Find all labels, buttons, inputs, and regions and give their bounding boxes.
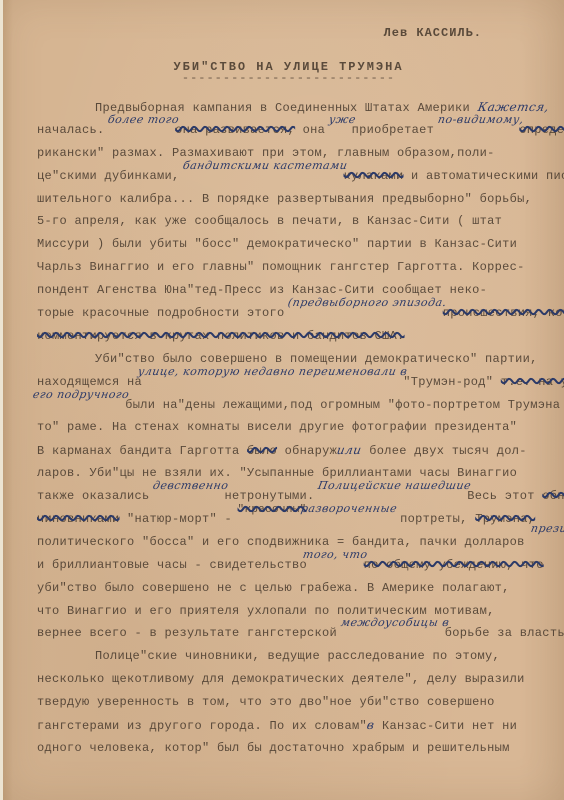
struck-typed-text: комментируется в кругах политиков и банд… — [37, 329, 405, 343]
handwritten-note-above: бандитскими кастетами — [182, 159, 349, 172]
handwritten-note-above: развороченные — [299, 502, 397, 515]
typed-text: находящемся на — [37, 375, 142, 389]
typed-line: что Винаггио и его приятеля ухлопали по … — [37, 604, 540, 627]
typed-text: "натюр-морт" - — [120, 512, 240, 526]
typed-line: торые красочные подробности этого (предв… — [37, 306, 540, 329]
handwritten-note-above: более того — [107, 113, 180, 126]
typed-text: Весь этот — [467, 489, 542, 503]
typed-text: политического "босса" и его сподвижника … — [37, 535, 525, 549]
typed-text: уби"ство было совершено не с целью грабе… — [37, 581, 510, 595]
struck-typed-text: определенно — [519, 123, 564, 137]
typed-text: несколько щекотливому для демократически… — [37, 672, 525, 686]
handwritten-note-below: президента, — [530, 522, 564, 535]
typed-text: "Трумэн-род" — [403, 375, 501, 389]
typed-line: чиновниками "натюр-морт" - "красочны"раз… — [37, 512, 540, 535]
struck-typed-text: было — [247, 444, 277, 458]
typed-line: гангстерами из другого города. По их сло… — [37, 718, 540, 741]
title-underline: -------------------------- — [37, 74, 540, 84]
typed-text: гангстерами из другого города. По их сло… — [37, 719, 367, 733]
typed-line: твердую уверенность в том, что это дво"н… — [37, 695, 540, 718]
handwritten-note-above: девственно — [152, 479, 230, 492]
typed-text: рикански" размах. Размахивают при этом, … — [37, 146, 495, 160]
typed-text: более двух тысяч дол- — [362, 444, 527, 458]
title-block: УБИ"СТВО НА УЛИЦЕ ТРУМЭНА --------------… — [37, 60, 540, 84]
typed-line: политического "босса" и его сподвижника … — [37, 535, 540, 558]
typed-line: и бриллиантовые часы - свидетельствотого… — [37, 558, 540, 581]
struck-typed-text: т.е. на улице Трумэна, — [501, 375, 564, 389]
typed-text: В карманах бандита Гарготта — [37, 444, 247, 458]
struck-typed-text: обнаруженный полице"скими — [542, 489, 564, 503]
typed-text: то" раме. На стенах комнаты висели други… — [37, 420, 517, 434]
typed-text: и автоматическими пистолетами,вну- — [404, 169, 564, 183]
typed-text: торые красочные подробности этого — [37, 306, 292, 320]
typed-line: одного человека, котор" был бы достаточн… — [37, 741, 540, 764]
struck-typed-text: Трумэна, — [475, 512, 535, 526]
handwritten-note-above: улице, которую недавно переименовали в — [137, 365, 409, 378]
author-name: Лев КАССИЛЬ. — [37, 26, 540, 46]
typed-line: 5-го апреля, как уже сообщалось в печати… — [37, 214, 540, 237]
typed-text: Уби"ство было совершено в помещении демо… — [95, 352, 538, 366]
struck-typed-text-above: "красочны" — [238, 504, 307, 516]
handwritten-note: Кажется, — [476, 100, 550, 114]
struck-typed-text: она развивается, — [175, 123, 295, 137]
typed-text: це"скими дубинками, — [37, 169, 187, 183]
typed-line: вернее всего - в результате гангстерской… — [37, 626, 540, 649]
typed-line: Полице"ские чиновники, ведущие расследов… — [37, 649, 540, 672]
typed-text: вернее всего - в результате гангстерской — [37, 626, 345, 640]
typed-text: Миссури ) были убиты "босс" демократичес… — [37, 237, 517, 251]
typed-line: началась. более тогоона развивается, она… — [37, 123, 540, 146]
typed-text: портреты, — [393, 512, 476, 526]
typed-line: Миссури ) были убиты "босс" демократичес… — [37, 237, 540, 260]
typed-line: уби"ство было совершено не с целью грабе… — [37, 581, 540, 604]
typed-text: одного человека, котор" был бы достаточн… — [37, 741, 510, 755]
handwritten-note-above: его подручного — [32, 388, 130, 401]
struck-typed-text: по общему убеждению, что — [364, 558, 544, 572]
typed-text: приобретает — [352, 123, 442, 137]
typed-text: обнаруж — [277, 444, 337, 458]
handwritten-note-above: уже — [328, 113, 357, 126]
typed-line: Чарльз Винаггио и его главны" помощник г… — [37, 260, 540, 283]
typed-line: его подручногобыли на"дены лежащими,под … — [37, 398, 540, 421]
typed-line: шительного калибра... В порядке разверты… — [37, 192, 540, 215]
handwritten-note: или — [336, 443, 363, 457]
page-body: Предвыборная кампания в Соединенных Штат… — [37, 100, 540, 764]
typed-text: началась. — [37, 123, 112, 137]
typed-line: несколько щекотливому для демократически… — [37, 672, 540, 695]
typed-text: Канзас-Сити нет ни — [375, 719, 518, 733]
handwritten-note-above: того, что — [302, 548, 369, 561]
handwritten-note-above: Полицейские нашедшие — [317, 479, 472, 492]
typed-text: также оказались — [37, 489, 157, 503]
typed-line: В карманах бандита Гарготта было обнаруж… — [37, 443, 540, 466]
handwritten-note-above: (предвыборного эпизода. — [287, 296, 448, 309]
struck-typed-text: чиновниками — [37, 512, 120, 526]
typed-line: це"скими дубинками, бандитскими кастетам… — [37, 169, 540, 192]
typed-line: комментируется в кругах политиков и банд… — [37, 329, 540, 352]
struck-typed-text: кулаками — [343, 169, 403, 183]
typed-text: борьбе за власть. — [445, 626, 564, 640]
typed-text: твердую уверенность в том, что это дво"н… — [37, 695, 495, 709]
manuscript-page: Лев КАССИЛЬ. УБИ"СТВО НА УЛИЦЕ ТРУМЭНА -… — [0, 0, 564, 800]
typed-text: Чарльз Винаггио и его главны" помощник г… — [37, 260, 525, 274]
typed-text: Полице"ские чиновники, ведущие расследов… — [95, 649, 500, 663]
struck-typed-text: происшествия, которое оживленно — [443, 306, 564, 320]
handwritten-note-above: по-видимому, — [436, 113, 524, 126]
handwritten-note-above: междоусобицы в — [339, 616, 450, 629]
typed-text: 5-го апреля, как уже сообщалось в печати… — [37, 214, 502, 228]
typed-text: и бриллиантовые часы - свидетельство — [37, 558, 307, 572]
typed-text: были на"дены лежащими,под огромным "фото… — [125, 398, 564, 412]
typed-text: шительного калибра... В порядке разверты… — [37, 192, 532, 206]
typed-line: то" раме. На стенах комнаты висели други… — [37, 420, 540, 443]
